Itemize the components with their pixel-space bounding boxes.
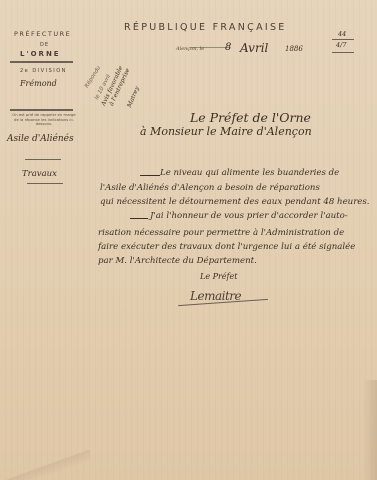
body-line-3: qui nécessitent le détournement des eaux… (100, 197, 370, 207)
de-label: DE (40, 42, 49, 48)
instruction-note: On est prié de rappeler en marge de la r… (12, 113, 76, 127)
date-year: 1886 (285, 45, 303, 53)
subject-rule-top (25, 159, 61, 160)
body-line-2: l'Asile d'Aliénés d'Alençon a besoin de … (100, 183, 320, 193)
body-line-4: J'ai l'honneur de vous prier d'accorder … (150, 211, 348, 221)
letterhead-rule (10, 61, 73, 63)
division-label: 2e DIVISION (20, 68, 67, 74)
reference-mark-2: 4/7 (336, 41, 346, 49)
department-name: L'ORNE (20, 50, 61, 58)
paper-fold-left (0, 450, 90, 480)
note-rule (10, 109, 73, 111)
body-line-1: Le niveau qui alimente les buanderies de (160, 168, 339, 178)
reference-rule-2 (332, 52, 354, 53)
sender-line: Le Préfet de l'Orne (190, 110, 311, 125)
place-label: Alençon, le (176, 46, 204, 52)
paragraph-dash (140, 175, 160, 176)
body-line-5: risation nécessaire pour permettre à l'A… (98, 228, 344, 238)
signoff: Le Préfet (200, 272, 237, 281)
paper-fold-right (363, 380, 377, 480)
reference-rule-1 (332, 39, 354, 40)
subject-rule-bottom (27, 183, 63, 184)
reference-mark-1: 44 (338, 30, 346, 38)
body-line-6: faire exécuter des travaux dont l'urgenc… (98, 242, 355, 252)
date-day: 8 (225, 42, 231, 53)
division-signature: Frémond (20, 79, 57, 88)
body-line-7: par M. l'Architecte du Département. (98, 256, 257, 266)
prefecture-label: PRÉFECTURE (14, 30, 71, 38)
subject-travaux: Travaux (22, 169, 57, 179)
recipient-line: à Monsieur le Maire d'Alençon (140, 125, 312, 138)
date-month: Avril (240, 41, 268, 55)
republic-title: RÉPUBLIQUE FRANÇAISE (124, 22, 287, 33)
paragraph-dash-2 (130, 218, 148, 219)
signature: Lemaitre (190, 289, 241, 303)
subject-asile: Asile d'Aliénés (7, 134, 74, 144)
